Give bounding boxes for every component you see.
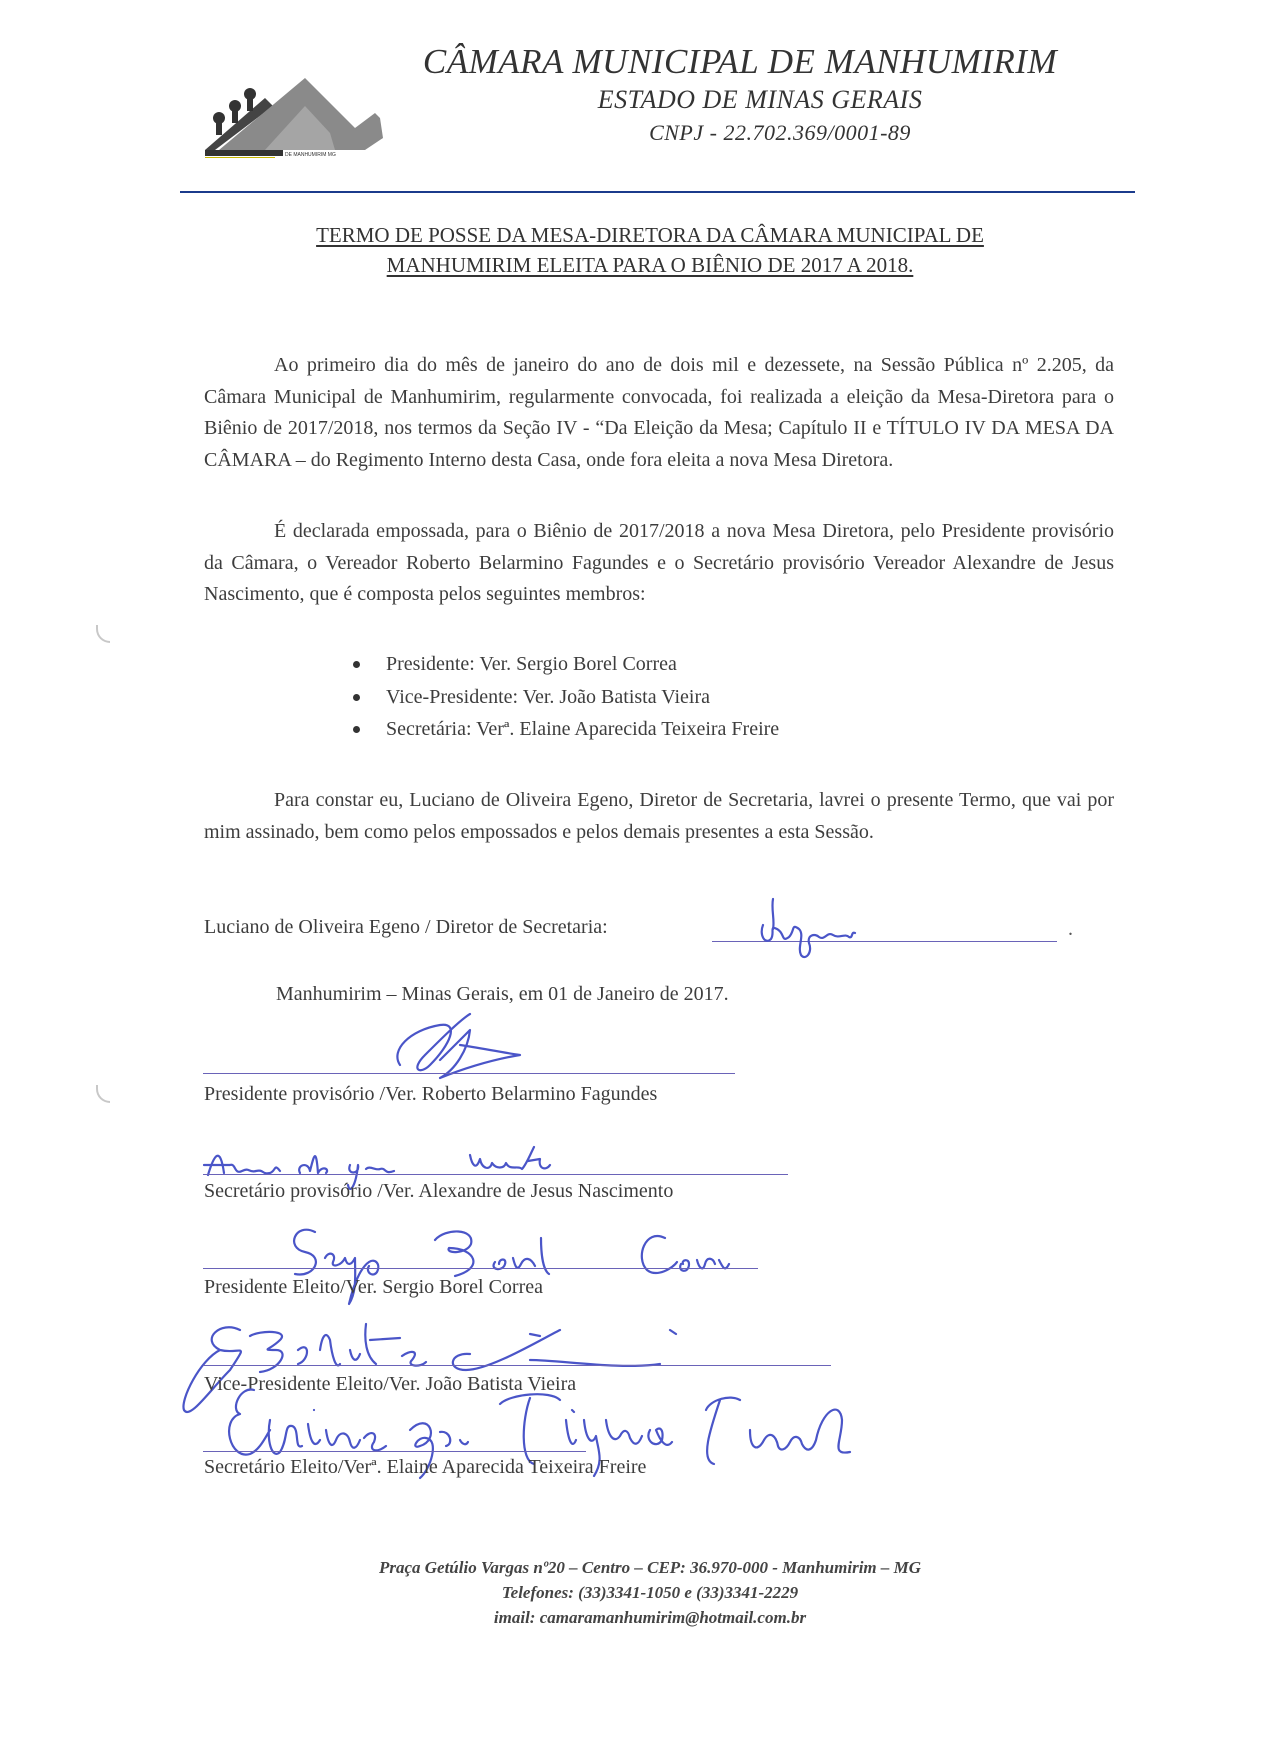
- signature-luciano: [755, 895, 865, 965]
- footer-address: Praça Getúlio Vargas nº20 – Centro – CEP…: [200, 1555, 1100, 1580]
- header-title: CÂMARA MUNICIPAL DE MANHUMIRIM: [380, 42, 1100, 82]
- members-list: Presidente: Ver. Sergio Borel Correa Vic…: [340, 648, 1040, 746]
- signature-alexandre: [200, 1135, 760, 1185]
- header-state: ESTADO DE MINAS GERAIS: [540, 85, 980, 115]
- bullet-icon: [353, 726, 360, 733]
- footer-email[interactable]: imail: camaramanhumirim@hotmail.com.br: [200, 1605, 1100, 1630]
- document-title: TERMO DE POSSE DA MESA-DIRETORA DA CÂMAR…: [200, 220, 1100, 280]
- secretary-sign-label: Luciano de Oliveira Egeno / Diretor de S…: [204, 916, 608, 939]
- title-line-1: TERMO DE POSSE DA MESA-DIRETORA DA CÂMAR…: [316, 223, 984, 247]
- signature-line-end: .: [1068, 918, 1073, 941]
- scan-mark: [96, 625, 110, 643]
- signature-label-alexandre: Secretário provisório /Ver. Alexandre de…: [204, 1180, 673, 1203]
- header-divider: [180, 191, 1135, 193]
- signature-line: [203, 1451, 586, 1452]
- mountain-logo-icon: DE MANHUMIRIM MG: [205, 78, 415, 158]
- paragraph-2: É declarada empossada, para o Biênio de …: [204, 516, 1114, 611]
- list-item: Vice-Presidente: Ver. João Batista Vieir…: [340, 681, 1040, 714]
- header-cnpj: CNPJ - 22.702.369/0001-89: [560, 120, 1000, 146]
- title-line-2: MANHUMIRIM ELEITA PARA O BIÊNIO DE 2017 …: [387, 253, 914, 277]
- signature-line: [203, 1073, 735, 1074]
- list-item: Presidente: Ver. Sergio Borel Correa: [340, 648, 1040, 681]
- paragraph-1: Ao primeiro dia do mês de janeiro do ano…: [204, 350, 1114, 476]
- signature-line: [203, 1365, 831, 1366]
- signature-label-sergio: Presidente Eleito/Ver. Sergio Borel Corr…: [204, 1276, 543, 1299]
- bullet-icon: [353, 694, 360, 701]
- date-line: Manhumirim – Minas Gerais, em 01 de Jane…: [276, 983, 729, 1006]
- svg-text:DE MANHUMIRIM MG: DE MANHUMIRIM MG: [285, 152, 336, 158]
- footer-phones: Telefones: (33)3341-1050 e (33)3341-2229: [200, 1580, 1100, 1605]
- paragraph-3-text: Para constar eu, Luciano de Oliveira Ege…: [204, 789, 1114, 843]
- paragraph-2-text: É declarada empossada, para o Biênio de …: [204, 520, 1114, 605]
- signature-label-roberto: Presidente provisório /Ver. Roberto Bela…: [204, 1083, 657, 1106]
- paragraph-3: Para constar eu, Luciano de Oliveira Ege…: [204, 785, 1114, 848]
- signature-label-elaine: Secretário Eleito/Verª. Elaine Aparecida…: [204, 1456, 646, 1479]
- camara-logo: DE MANHUMIRIM MG: [205, 78, 415, 158]
- paragraph-1-text: Ao primeiro dia do mês de janeiro do ano…: [204, 354, 1114, 471]
- scan-mark: [96, 1085, 110, 1103]
- signature-line: [203, 1174, 788, 1175]
- bullet-icon: [353, 661, 360, 668]
- signature-line: [203, 1268, 758, 1269]
- list-item: Secretária: Verª. Elaine Aparecida Teixe…: [340, 713, 1040, 746]
- footer: Praça Getúlio Vargas nº20 – Centro – CEP…: [200, 1555, 1100, 1630]
